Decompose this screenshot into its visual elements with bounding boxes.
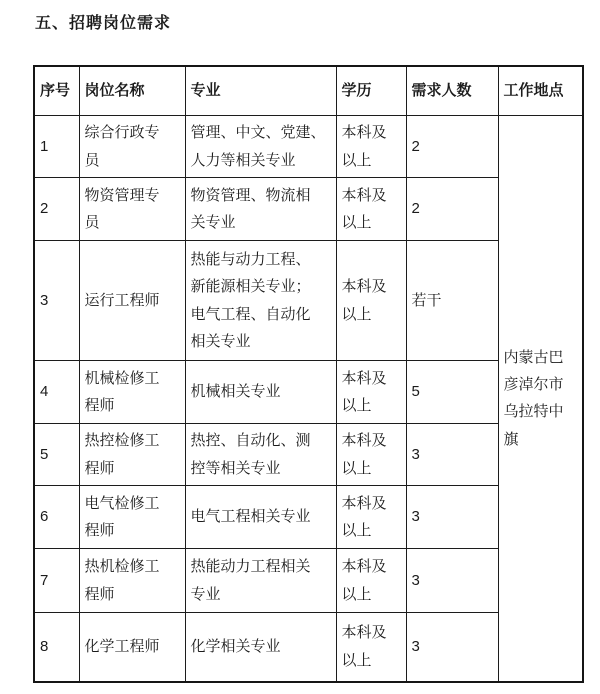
count-cell: 5: [406, 361, 498, 424]
education-cell: 本科及 以上: [336, 424, 406, 486]
row-number-cell: 1: [34, 116, 79, 178]
row-number-cell: 2: [34, 178, 79, 241]
position-cell: 热机检修工 程师: [79, 549, 185, 613]
header-row: 序号 岗位名称 专业 学历 需求人数 工作地点: [34, 66, 583, 116]
position-cell: 热控检修工 程师: [79, 424, 185, 486]
page-title: 五、招聘岗位需求: [35, 15, 600, 33]
row-number-cell: 7: [34, 549, 79, 613]
position-cell: 化学工程师: [79, 613, 185, 682]
row-number-cell: 5: [34, 424, 79, 486]
major-cell: 热能与动力工程、 新能源相关专业； 电气工程、自动化 相关专业: [185, 241, 336, 361]
major-cell: 化学相关专业: [185, 613, 336, 682]
major-cell: 热控、自动化、测 控等相关专业: [185, 424, 336, 486]
position-cell: 物资管理专 员: [79, 178, 185, 241]
count-cell: 3: [406, 486, 498, 549]
position-cell: 综合行政专 员: [79, 116, 185, 178]
education-cell: 本科及 以上: [336, 178, 406, 241]
count-cell: 2: [406, 178, 498, 241]
count-cell: 若干: [406, 241, 498, 361]
row-number-cell: 8: [34, 613, 79, 682]
row-number-cell: 4: [34, 361, 79, 424]
document-page: 五、招聘岗位需求 序号 岗位名称 专业 学历 需求人数 工作地点 1 综合行政专…: [0, 15, 600, 683]
header-count: 需求人数: [406, 66, 498, 116]
position-cell: 运行工程师: [79, 241, 185, 361]
major-cell: 电气工程相关专业: [185, 486, 336, 549]
education-cell: 本科及 以上: [336, 116, 406, 178]
major-cell: 机械相关专业: [185, 361, 336, 424]
position-cell: 机械检修工 程师: [79, 361, 185, 424]
table-row: 1 综合行政专 员 管理、中文、党建、 人力等相关专业 本科及 以上 2 内蒙古…: [34, 116, 583, 178]
recruitment-table: 序号 岗位名称 专业 学历 需求人数 工作地点 1 综合行政专 员 管理、中文、…: [33, 65, 584, 683]
row-number-cell: 6: [34, 486, 79, 549]
header-education: 学历: [336, 66, 406, 116]
header-major: 专业: [185, 66, 336, 116]
position-cell: 电气检修工 程师: [79, 486, 185, 549]
count-cell: 3: [406, 549, 498, 613]
count-cell: 3: [406, 424, 498, 486]
education-cell: 本科及 以上: [336, 241, 406, 361]
row-number-cell: 3: [34, 241, 79, 361]
major-cell: 管理、中文、党建、 人力等相关专业: [185, 116, 336, 178]
education-cell: 本科及 以上: [336, 486, 406, 549]
education-cell: 本科及 以上: [336, 613, 406, 682]
header-location: 工作地点: [498, 66, 583, 116]
header-position: 岗位名称: [79, 66, 185, 116]
education-cell: 本科及 以上: [336, 361, 406, 424]
header-no: 序号: [34, 66, 79, 116]
major-cell: 物资管理、物流相 关专业: [185, 178, 336, 241]
count-cell: 2: [406, 116, 498, 178]
count-cell: 3: [406, 613, 498, 682]
education-cell: 本科及 以上: [336, 549, 406, 613]
location-cell: 内蒙古巴 彦淖尔市 乌拉特中 旗: [498, 116, 583, 682]
major-cell: 热能动力工程相关 专业: [185, 549, 336, 613]
